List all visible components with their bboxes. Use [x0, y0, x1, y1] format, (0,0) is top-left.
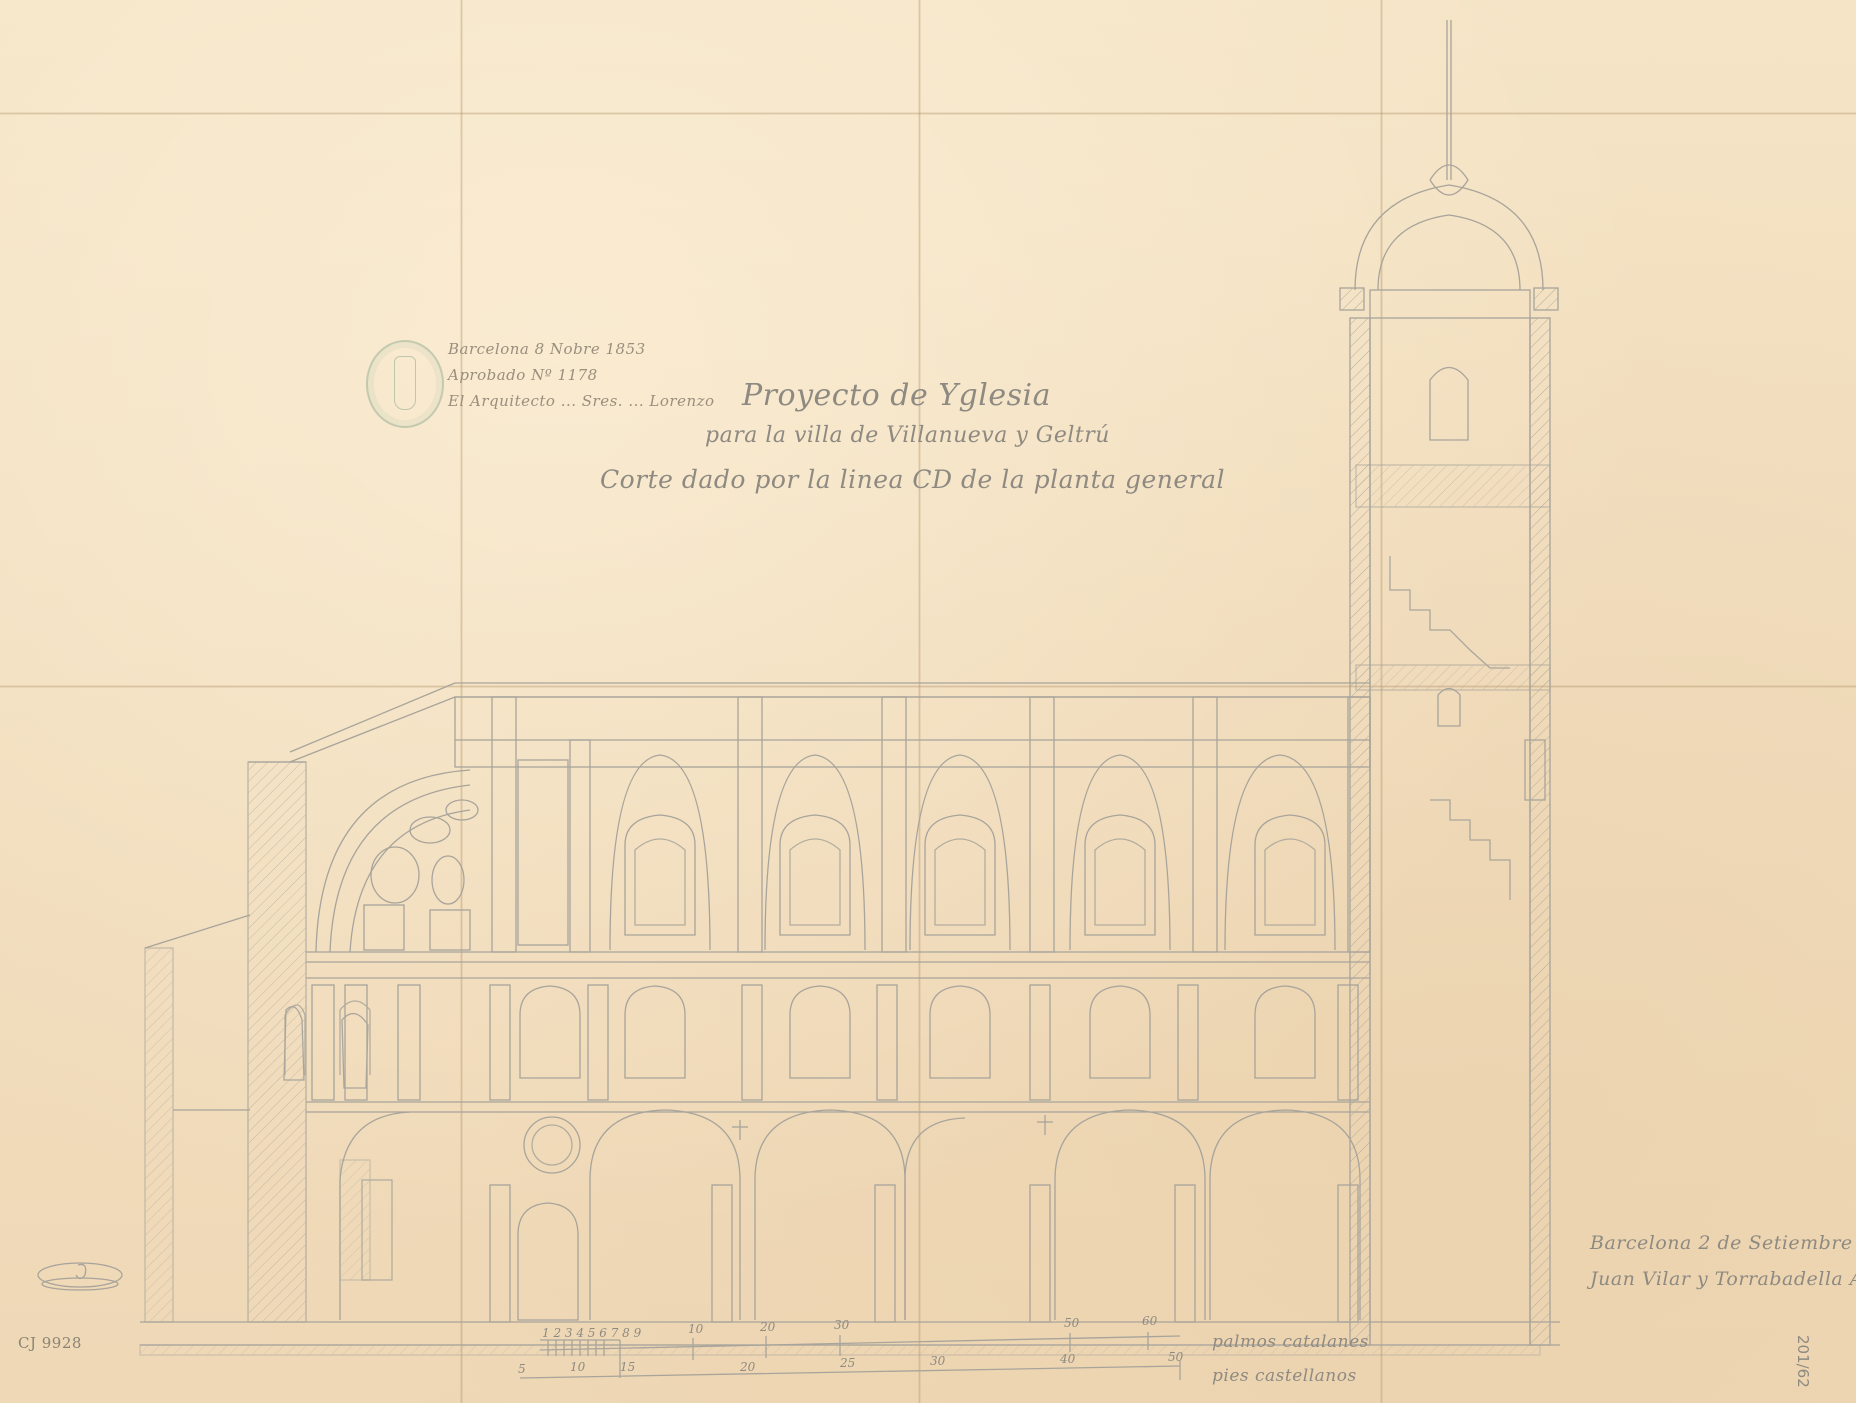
bell-tower: [1340, 20, 1558, 1345]
scale-tick-lower: 50: [1168, 1350, 1183, 1364]
scale-tick-upper: 30: [834, 1318, 849, 1332]
drawing-title: Proyecto de Yglesia: [742, 378, 1051, 413]
cornice: [306, 697, 1370, 1112]
scale-tick-lower: 15: [620, 1360, 635, 1374]
seal-emblem-icon: [394, 356, 416, 410]
archive-id: CJ 9928: [18, 1334, 82, 1352]
church-section-drawing: [0, 0, 1856, 1403]
clerestory-windows: [518, 755, 1335, 950]
scale-label-palmos: palmos catalanes: [1212, 1332, 1369, 1352]
signature-architect: Juan Vilar y Torrabadella Arquitecto: [1590, 1268, 1856, 1290]
scale-tick-upper: 50: [1064, 1316, 1079, 1330]
cartouche-sketch: [38, 1263, 122, 1290]
scale-tick-upper: 60: [1142, 1314, 1157, 1328]
scale-tick-lower: 5: [518, 1362, 526, 1376]
scale-tick-lower: 30: [930, 1354, 945, 1368]
scale-tick-lower: 20: [740, 1360, 755, 1374]
approval-note-line-2: Aprobado Nº 1178: [448, 366, 598, 384]
scale-tick-upper: 20: [760, 1320, 775, 1334]
drawing-subtitle: para la villa de Villanueva y Geltrú: [705, 423, 1110, 448]
drawing-section-caption: Corte dado por la linea CD de la planta …: [600, 465, 1225, 494]
catalog-number: 201/62: [1794, 1335, 1812, 1388]
scale-label-pies: pies castellanos: [1212, 1366, 1357, 1386]
approval-note-line-1: Barcelona 8 Nobre 1853: [448, 340, 646, 358]
signature-date: Barcelona 2 de Setiembre de 1853: [1590, 1232, 1856, 1254]
scale-tick-upper: 10: [688, 1322, 703, 1336]
apse-half-dome: [316, 770, 478, 952]
scale-small-ticks: 1 2 3 4 5 6 7 8 9: [542, 1326, 641, 1340]
pilasters: [492, 697, 1370, 952]
approval-note-line-3: El Arquitecto ... Sres. ... Lorenzo: [448, 392, 715, 410]
ink-seal-stamp: [366, 340, 444, 428]
scale-tick-lower: 10: [570, 1360, 585, 1374]
gallery-arches: [285, 985, 1358, 1100]
ground-arcade: [340, 1110, 1360, 1322]
scale-tick-lower: 25: [840, 1356, 855, 1370]
scale-tick-lower: 40: [1060, 1352, 1075, 1366]
